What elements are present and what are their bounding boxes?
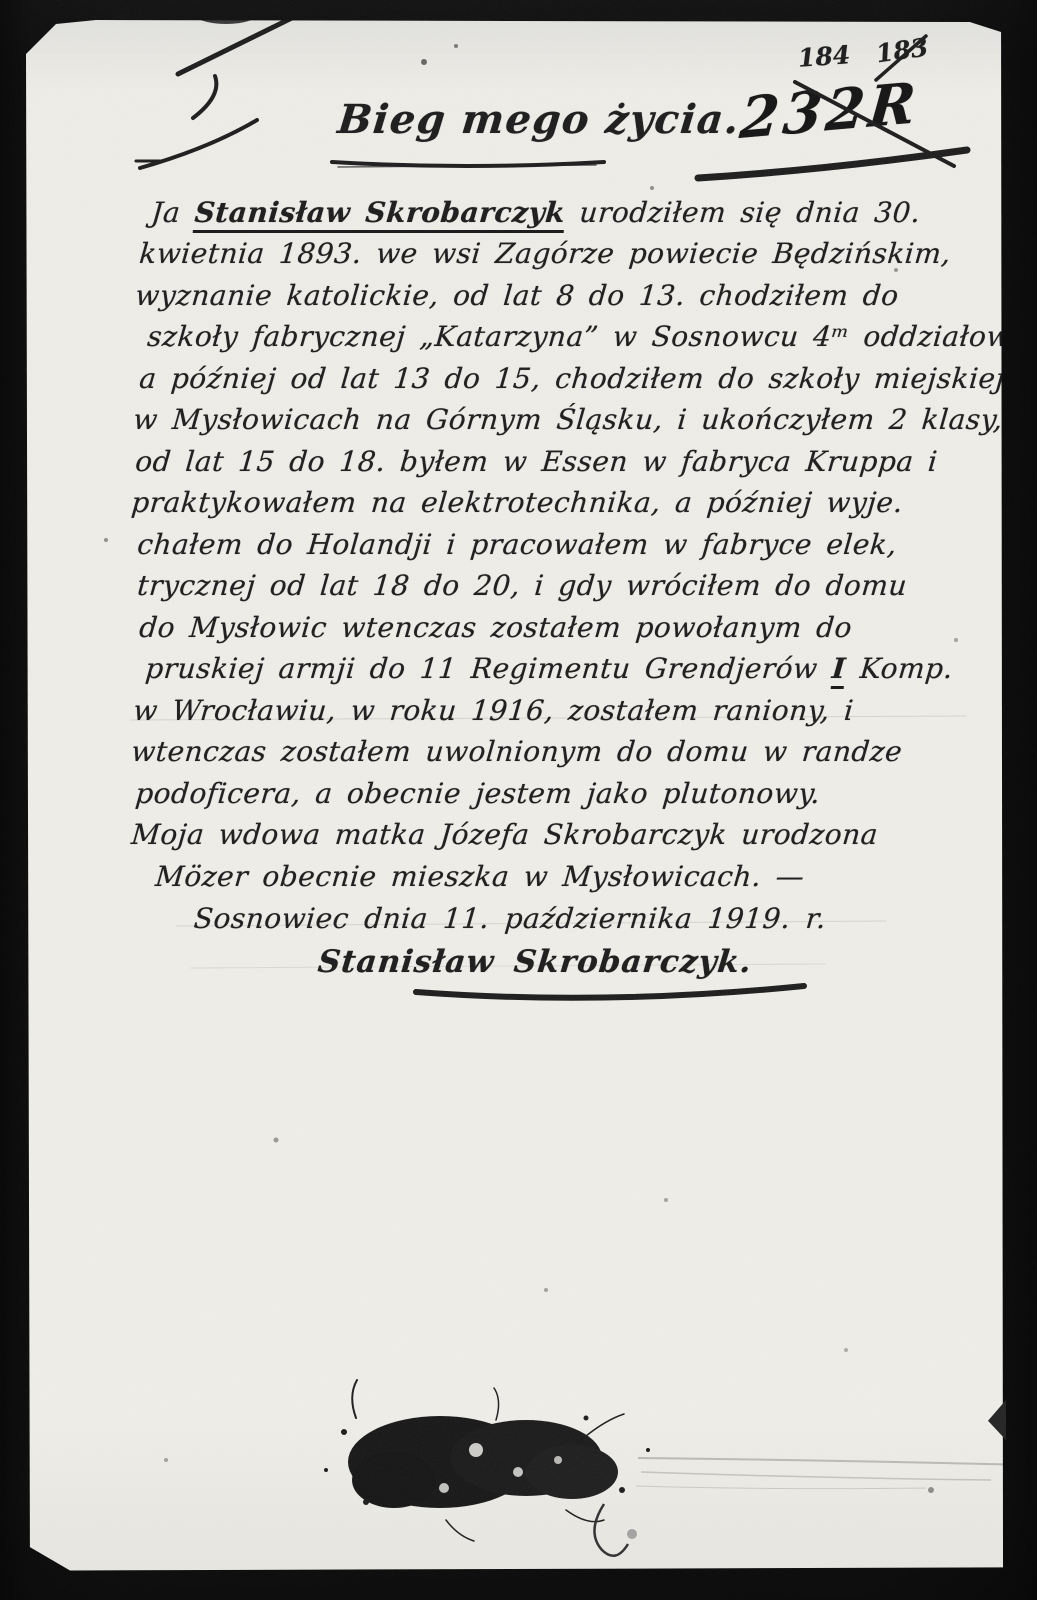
line-text: w Mysłowicach na Górnym Śląsku, i ukończ… [132, 403, 1004, 436]
line-text: kwietnia 1893. we wsi Zagórze powiecie B… [138, 237, 952, 270]
signature-flourish [416, 986, 804, 998]
line-text: chałem do Holandji i pracowałem w fabryc… [136, 528, 898, 561]
date-line: Sosnowiec dnia 11. października 1919. r. [193, 902, 828, 935]
line-text: od lat 15 do 18. byłem w Essen w fabryca… [134, 445, 939, 478]
handwriting-line: praktykowałem na elektrotechnika, a późn… [130, 486, 904, 519]
handwriting-line: do Mysłowic wtenczas zostałem powołanym … [138, 611, 854, 644]
line-text: w Wrocławiu, w roku 1916, zostałem ranio… [132, 694, 855, 727]
margin-mark [136, 20, 304, 168]
line-text: Komp. [844, 652, 954, 685]
handwriting-line: wtenczas zostałem uwolnionym do domu w r… [130, 735, 904, 768]
paper: Bieg mego życia. 184 183 232R Ja Stanisł… [26, 20, 1004, 1572]
handwriting-line: wyznanie katolickie, od lat 8 do 13. cho… [134, 279, 900, 312]
line-text: praktykowałem na elektrotechnika, a późn… [130, 486, 904, 519]
line-text: do Mysłowic wtenczas zostałem powołanym … [138, 611, 854, 644]
handwriting-line: szkoły fabrycznej „Katarzyna” w Sosnowcu… [146, 320, 1037, 353]
crossed-page-number: 183 [874, 33, 930, 69]
line-text: Moja wdowa matka Józefa Skrobarczyk urod… [130, 818, 879, 851]
handwriting-line: Ja Stanisław Skrobarczyk urodziłem się d… [150, 196, 922, 229]
handwriting-line: chałem do Holandji i pracowałem w fabryc… [136, 528, 898, 561]
line-text: trycznej od lat 18 do 20, i gdy wróciłem… [136, 569, 909, 602]
handwriting-line: w Wrocławiu, w roku 1916, zostałem ranio… [132, 694, 855, 727]
ink-blot [324, 1380, 1004, 1556]
line-text: wyznanie katolickie, od lat 8 do 13. cho… [134, 279, 900, 312]
page-number: 184 [797, 40, 851, 73]
scanned-document-page: Bieg mego życia. 184 183 232R Ja Stanisł… [0, 0, 1037, 1600]
line-text: urodziłem się dnia 30. [564, 196, 922, 229]
handwriting-line: podoficera, a obecnie jestem jako pluton… [134, 777, 822, 810]
handwriting-line: trycznej od lat 18 do 20, i gdy wróciłem… [136, 569, 909, 602]
signature: Stanisław Skrobarczyk. [316, 944, 754, 980]
page-title: Bieg mego życia. [336, 96, 743, 143]
pencil-hook-mark [594, 1504, 628, 1556]
handwriting-line: od lat 15 do 18. byłem w Essen w fabryca… [134, 445, 939, 478]
line-text: szkoły fabrycznej „Katarzyna” w Sosnowcu… [146, 320, 1037, 353]
handwriting-line: a później od lat 13 do 15, chodziłem do … [138, 362, 1006, 395]
title-underline [332, 162, 604, 167]
handwriting-line: pruskiej armji do 11 Regimentu Grendjeró… [144, 652, 954, 685]
underlined-name: Stanisław Skrobarczyk [193, 196, 567, 233]
line-text: pruskiej armji do 11 Regimentu Grendjeró… [144, 652, 834, 685]
line-text: podoficera, a obecnie jestem jako pluton… [134, 777, 822, 810]
line-text: Mözer obecnie mieszka w Mysłowicach. — [154, 860, 806, 893]
line-text: wtenczas zostałem uwolnionym do domu w r… [130, 735, 904, 768]
handwriting-line: Mözer obecnie mieszka w Mysłowicach. — [154, 860, 806, 893]
handwriting-line: w Mysłowicach na Górnym Śląsku, i ukończ… [132, 403, 1004, 436]
handwriting-line: kwietnia 1893. we wsi Zagórze powiecie B… [138, 237, 952, 270]
line-text: a później od lat 13 do 15, chodziłem do … [138, 362, 1006, 395]
line-text: Ja [150, 196, 196, 229]
handwriting-line: Moja wdowa matka Józefa Skrobarczyk urod… [130, 818, 879, 851]
registry-number: 232R [737, 70, 922, 152]
